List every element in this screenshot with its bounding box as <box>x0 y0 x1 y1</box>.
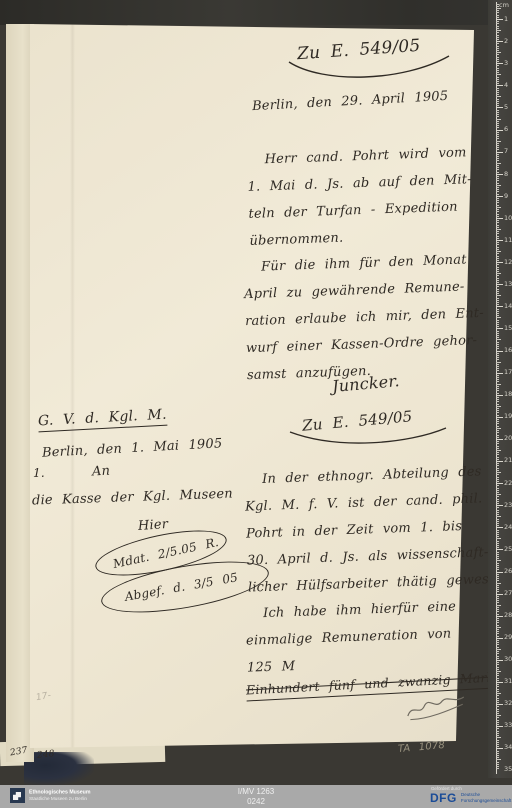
ruler-tick <box>496 373 503 374</box>
ruler-tick <box>496 753 499 754</box>
ruler-tick <box>496 351 503 352</box>
ruler-tick <box>496 242 499 243</box>
ruler-tick <box>496 52 501 53</box>
ruler-tick <box>496 37 499 38</box>
ruler-tick <box>496 485 499 486</box>
ruler-number: 19 <box>504 412 512 420</box>
ruler-tick <box>496 689 499 690</box>
ruler-tick <box>496 260 499 261</box>
ruler-tick <box>496 572 503 573</box>
ruler-tick <box>496 275 499 276</box>
ruler-tick <box>496 636 499 637</box>
ruler-tick <box>496 169 499 170</box>
ruler-tick <box>496 381 499 382</box>
ruler-tick <box>496 510 499 511</box>
ruler-tick <box>496 92 499 93</box>
letter-paragraph-2: Für die ihm für den Monat April zu gewäh… <box>243 246 486 389</box>
ruler-tick <box>496 65 499 66</box>
ruler-tick <box>496 656 499 657</box>
ruler-tick <box>496 138 499 139</box>
ruler-tick <box>496 328 503 329</box>
ruler-tick <box>496 377 499 378</box>
ruler-tick <box>496 233 499 234</box>
ruler-tick <box>496 83 499 84</box>
ruler-tick <box>496 355 499 356</box>
ruler-tick <box>496 176 499 177</box>
ruler-tick <box>496 448 499 449</box>
ruler-tick <box>496 15 499 16</box>
ruler-tick <box>496 591 499 592</box>
ruler-tick <box>496 249 499 250</box>
ruler-tick <box>496 605 501 606</box>
ruler-tick <box>496 525 499 526</box>
ruler-tick <box>496 423 499 424</box>
ruler-tick <box>496 333 499 334</box>
ruler-tick <box>496 357 499 358</box>
ruler-tick <box>496 602 499 603</box>
ruler-tick <box>496 735 499 736</box>
ruler-tick <box>496 165 499 166</box>
ruler-tick <box>496 642 499 643</box>
ruler-tick <box>496 428 501 429</box>
ruler-tick <box>496 618 499 619</box>
ruler-tick <box>496 269 499 270</box>
ruler-tick <box>496 556 499 557</box>
ruler-tick <box>496 503 499 504</box>
ruler-tick <box>496 12 499 13</box>
ruler-tick <box>496 651 499 652</box>
ruler-tick <box>496 289 499 290</box>
dfg-name-block: Deutsche Forschungsgemeinschaft <box>461 792 512 808</box>
ruler-tick <box>496 317 501 318</box>
ruler-tick <box>496 172 499 173</box>
ruler-tick <box>496 302 499 303</box>
ruler-tick <box>496 419 499 420</box>
ruler-tick <box>496 119 501 120</box>
ruler-tick <box>496 183 499 184</box>
ruler-tick <box>496 393 499 394</box>
ruler-tick <box>496 653 499 654</box>
ruler-tick <box>496 116 499 117</box>
ruler-tick <box>496 267 499 268</box>
ruler-tick <box>496 702 499 703</box>
ruler-tick <box>496 141 501 142</box>
ruler-tick <box>496 755 499 756</box>
ruler-tick <box>496 647 499 648</box>
archive-footer-bar: Ethnologisches Museum Staatliche Museen … <box>0 785 512 808</box>
ruler-tick <box>496 740 499 741</box>
ruler-tick <box>496 450 501 451</box>
ruler-tick <box>496 560 501 561</box>
ruler-tick <box>496 620 499 621</box>
ruler-tick <box>496 766 499 767</box>
ruler-tick <box>496 435 499 436</box>
ruler-tick <box>496 607 499 608</box>
ruler-tick <box>496 426 499 427</box>
ruler-tick <box>496 704 503 705</box>
archive-scan-page: Zu E. 549/05 Berlin, den 29. April 1905 … <box>0 0 512 808</box>
ruler-tick <box>496 496 499 497</box>
ruler-number: 1 <box>504 15 508 23</box>
ruler-tick <box>496 711 499 712</box>
ruler-tick <box>496 541 499 542</box>
ruler-tick <box>496 691 499 692</box>
underline-flourish-top <box>283 50 455 86</box>
ruler-tick <box>496 167 499 168</box>
ruler-tick <box>496 494 501 495</box>
ruler-tick <box>496 545 499 546</box>
ruler-tick <box>496 152 503 153</box>
ruler-number: 13 <box>504 280 512 288</box>
ruler-tick <box>496 751 499 752</box>
ruler-tick <box>496 43 499 44</box>
ruler-number: 29 <box>504 633 512 641</box>
ruler-tick <box>496 258 499 259</box>
ruler-tick <box>496 726 503 727</box>
ruler-tick <box>496 481 499 482</box>
ruler-tick <box>496 543 499 544</box>
ruler-tick <box>496 134 499 135</box>
ruler-tick <box>496 313 499 314</box>
ruler-tick <box>496 346 499 347</box>
ruler-tick <box>496 10 499 11</box>
ruler-tick <box>496 479 499 480</box>
ruler-number: 22 <box>504 479 512 487</box>
ruler-tick <box>496 90 499 91</box>
ruler-tick <box>496 291 499 292</box>
ruler-tick <box>496 501 499 502</box>
ruler-tick <box>496 669 499 670</box>
ruler-tick <box>496 344 499 345</box>
ruler-tick <box>496 187 499 188</box>
ruler-tick <box>496 286 499 287</box>
ruler-tick <box>496 499 499 500</box>
ruler-number: 33 <box>504 721 512 729</box>
ruler-tick <box>496 627 501 628</box>
ruler-tick <box>496 664 499 665</box>
ruler-tick <box>496 337 499 338</box>
ruler-number: 15 <box>504 324 512 332</box>
folio-number-right: 248 <box>37 749 56 761</box>
ruler-tick <box>496 390 499 391</box>
dfg-logo: DFG <box>430 791 457 805</box>
underline-flourish-mid <box>288 426 450 450</box>
ruler-tick <box>496 567 499 568</box>
ruler-tick <box>496 585 499 586</box>
ruler-tick <box>496 21 499 22</box>
ruler-tick <box>496 587 499 588</box>
ruler-tick <box>496 698 499 699</box>
ruler-tick <box>496 342 499 343</box>
ruler-tick <box>496 149 499 150</box>
ruler-tick <box>496 744 499 745</box>
ruler-tick <box>496 614 499 615</box>
ruler-tick <box>496 700 499 701</box>
ruler-tick <box>496 48 499 49</box>
ruler-tick <box>496 430 499 431</box>
memo-item-number: 1. <box>33 466 45 480</box>
ruler-tick <box>496 70 499 71</box>
ruler-tick <box>496 565 499 566</box>
ruler-tick <box>496 667 499 668</box>
ruler-tick <box>496 105 499 106</box>
pencil-inventory-note: TA 1078 <box>398 740 446 755</box>
ruler-tick <box>496 96 501 97</box>
ruler-tick <box>496 598 499 599</box>
ruler-tick <box>496 178 499 179</box>
ruler-tick <box>496 8 501 9</box>
ruler-tick <box>496 521 499 522</box>
ruler-tick <box>496 271 499 272</box>
dfg-name-line: Forschungsgemeinschaft <box>461 798 511 803</box>
ruler-tick <box>496 225 499 226</box>
ruler-tick <box>496 459 499 460</box>
ruler-tick <box>496 660 503 661</box>
ruler-tick <box>496 156 499 157</box>
ruler-tick <box>496 406 501 407</box>
ruler-tick <box>496 432 499 433</box>
ruler-tick <box>496 229 501 230</box>
ruler-tick <box>496 622 499 623</box>
ruler-tick <box>496 715 501 716</box>
ruler-tick <box>496 81 499 82</box>
ruler-tick <box>496 678 499 679</box>
ruler-tick <box>496 284 503 285</box>
mat-background-top <box>0 0 512 25</box>
ruler-tick <box>496 397 499 398</box>
ruler-tick <box>496 121 499 122</box>
ruler-tick <box>496 282 499 283</box>
ruler-tick <box>496 251 501 252</box>
ruler-tick <box>496 324 499 325</box>
ruler-tick <box>496 247 499 248</box>
ruler-number: 11 <box>504 236 512 244</box>
ruler-tick <box>496 295 501 296</box>
ruler-tick <box>496 99 499 100</box>
ruler-tick <box>496 125 499 126</box>
ruler-tick <box>496 706 499 707</box>
ruler-number: 9 <box>504 192 508 200</box>
ruler-tick <box>496 388 499 389</box>
ruler-tick <box>496 686 499 687</box>
ruler-tick <box>496 443 499 444</box>
ruler-tick <box>496 680 499 681</box>
ruler-tick <box>496 673 499 674</box>
ruler-tick <box>496 359 499 360</box>
ruler-tick <box>496 339 501 340</box>
ruler-tick <box>496 54 499 55</box>
ruler-tick <box>496 231 499 232</box>
ruler-number: 16 <box>504 346 512 354</box>
ruler-tick <box>496 514 499 515</box>
ruler-tick <box>496 629 499 630</box>
ruler-tick <box>496 309 499 310</box>
ruler-tick <box>496 368 499 369</box>
ruler-tick <box>496 227 499 228</box>
ruler-tick <box>496 764 499 765</box>
ruler-tick <box>496 110 499 111</box>
ruler-tick <box>496 638 503 639</box>
ruler-tick <box>496 72 499 73</box>
ruler-number: 26 <box>504 567 512 575</box>
ruler-number: 18 <box>504 390 512 398</box>
ruler-tick <box>496 191 499 192</box>
letter-paragraph-1: Herr cand. Pohrt wird vom 1. Mai d. Js. … <box>246 139 474 255</box>
ruler-tick <box>496 644 499 645</box>
ruler-tick <box>496 461 503 462</box>
ruler-tick <box>496 695 499 696</box>
ruler-tick <box>496 136 499 137</box>
ruler-tick <box>496 132 499 133</box>
ruler-tick <box>496 145 499 146</box>
ruler-tick <box>496 439 503 440</box>
ruler-tick <box>496 658 499 659</box>
ruler-tick <box>496 364 499 365</box>
ruler-tick <box>496 746 499 747</box>
ruler-tick <box>496 596 499 597</box>
ruler-tick <box>496 395 503 396</box>
ruler-tick <box>496 101 499 102</box>
ruler-tick <box>496 532 499 533</box>
ruler-tick <box>496 256 499 257</box>
ruler-tick <box>496 724 499 725</box>
ruler-tick <box>496 386 499 387</box>
ruler-tick <box>496 421 499 422</box>
ruler-tick <box>496 143 499 144</box>
ruler-tick <box>496 26 499 27</box>
left-page-edge <box>6 24 34 762</box>
ruler-tick <box>496 207 501 208</box>
ruler-number: 34 <box>504 743 512 751</box>
ruler-tick <box>496 609 499 610</box>
ruler-tick <box>496 713 499 714</box>
ruler-tick <box>496 437 499 438</box>
ruler-tick <box>496 189 499 190</box>
ruler-number: 14 <box>504 302 512 310</box>
ruler-tick <box>496 465 499 466</box>
ruler-tick <box>496 322 499 323</box>
ruler-tick <box>496 202 499 203</box>
ruler-tick <box>496 174 503 175</box>
ruler-tick <box>496 682 503 683</box>
ruler-tick <box>496 563 499 564</box>
ruler-tick <box>496 507 499 508</box>
ruler-tick <box>496 468 499 469</box>
ruler-tick <box>496 547 499 548</box>
ruler-tick <box>496 684 499 685</box>
ruler-tick <box>496 477 499 478</box>
dfg-name-line: Deutsche <box>461 792 511 797</box>
ruler-tick <box>496 519 499 520</box>
ruler-tick <box>496 737 501 738</box>
ruler-number: 27 <box>504 589 512 597</box>
ruler-number: 20 <box>504 434 512 442</box>
ruler-tick <box>496 611 499 612</box>
ruler-tick <box>496 77 499 78</box>
ruler-tick <box>496 50 499 51</box>
ruler-tick <box>496 492 499 493</box>
ruler-tick <box>496 457 499 458</box>
ruler-scale: cm 1234567891011121314151617181920212223… <box>488 0 512 778</box>
ruler-tick <box>496 61 499 62</box>
ruler-tick <box>496 748 503 749</box>
ruler-tick <box>496 59 499 60</box>
ruler-tick <box>496 742 499 743</box>
ruler-tick <box>496 600 499 601</box>
ruler-tick <box>496 107 503 108</box>
ruler-tick <box>496 362 501 363</box>
ruler-tick <box>496 46 499 47</box>
ruler-tick <box>496 728 499 729</box>
ruler-tick <box>496 222 499 223</box>
ruler-tick <box>496 306 503 307</box>
ruler-tick <box>496 463 499 464</box>
ruler-tick <box>496 163 501 164</box>
ruler-tick <box>496 17 499 18</box>
ruler-tick <box>496 264 499 265</box>
ruler-tick <box>496 633 499 634</box>
ruler-tick <box>496 759 501 760</box>
ruler-tick <box>496 218 503 219</box>
ruler-tick <box>496 348 499 349</box>
ruler-tick <box>496 63 503 64</box>
ruler-tick <box>496 127 499 128</box>
ruler-tick <box>496 538 501 539</box>
ruler-tick <box>496 722 499 723</box>
ruler-tick <box>496 625 499 626</box>
ruler-tick <box>496 211 499 212</box>
ruler-tick <box>496 594 503 595</box>
ruler-tick <box>496 549 503 550</box>
ruler-tick <box>496 720 499 721</box>
ruler-tick <box>496 103 499 104</box>
ruler-tick <box>496 158 499 159</box>
ruler-tick <box>496 273 501 274</box>
ruler-tick <box>496 216 499 217</box>
ruler-tick <box>496 23 499 24</box>
ruler-tick <box>496 240 503 241</box>
ruler-tick <box>496 709 499 710</box>
ruler-tick <box>496 569 499 570</box>
ruler-tick <box>496 32 499 33</box>
ruler-tick <box>496 35 499 36</box>
ruler-tick <box>496 580 499 581</box>
ruler-tick <box>496 662 499 663</box>
ruler-tick <box>496 147 499 148</box>
ruler-tick <box>496 762 499 763</box>
ruler-number: 28 <box>504 611 512 619</box>
ruler-tick <box>496 474 499 475</box>
ruler-tick <box>496 404 499 405</box>
ruler-tick <box>496 196 503 197</box>
ruler-tick <box>496 68 499 69</box>
ruler-tick <box>496 717 499 718</box>
ruler-tick <box>496 512 499 513</box>
ruler-tick <box>496 220 499 221</box>
ruler-tick <box>496 200 499 201</box>
ruler-tick <box>496 589 499 590</box>
ruler-tick <box>496 583 501 584</box>
ruler-tick <box>496 311 499 312</box>
ruler-tick <box>496 490 499 491</box>
ruler-tick <box>496 4 499 5</box>
ruler-tick <box>496 516 501 517</box>
ruler-tick <box>496 536 499 537</box>
ruler-tick <box>496 379 499 380</box>
ruler-tick <box>496 731 499 732</box>
ruler-tick <box>496 253 499 254</box>
ruler-tick <box>496 94 499 95</box>
